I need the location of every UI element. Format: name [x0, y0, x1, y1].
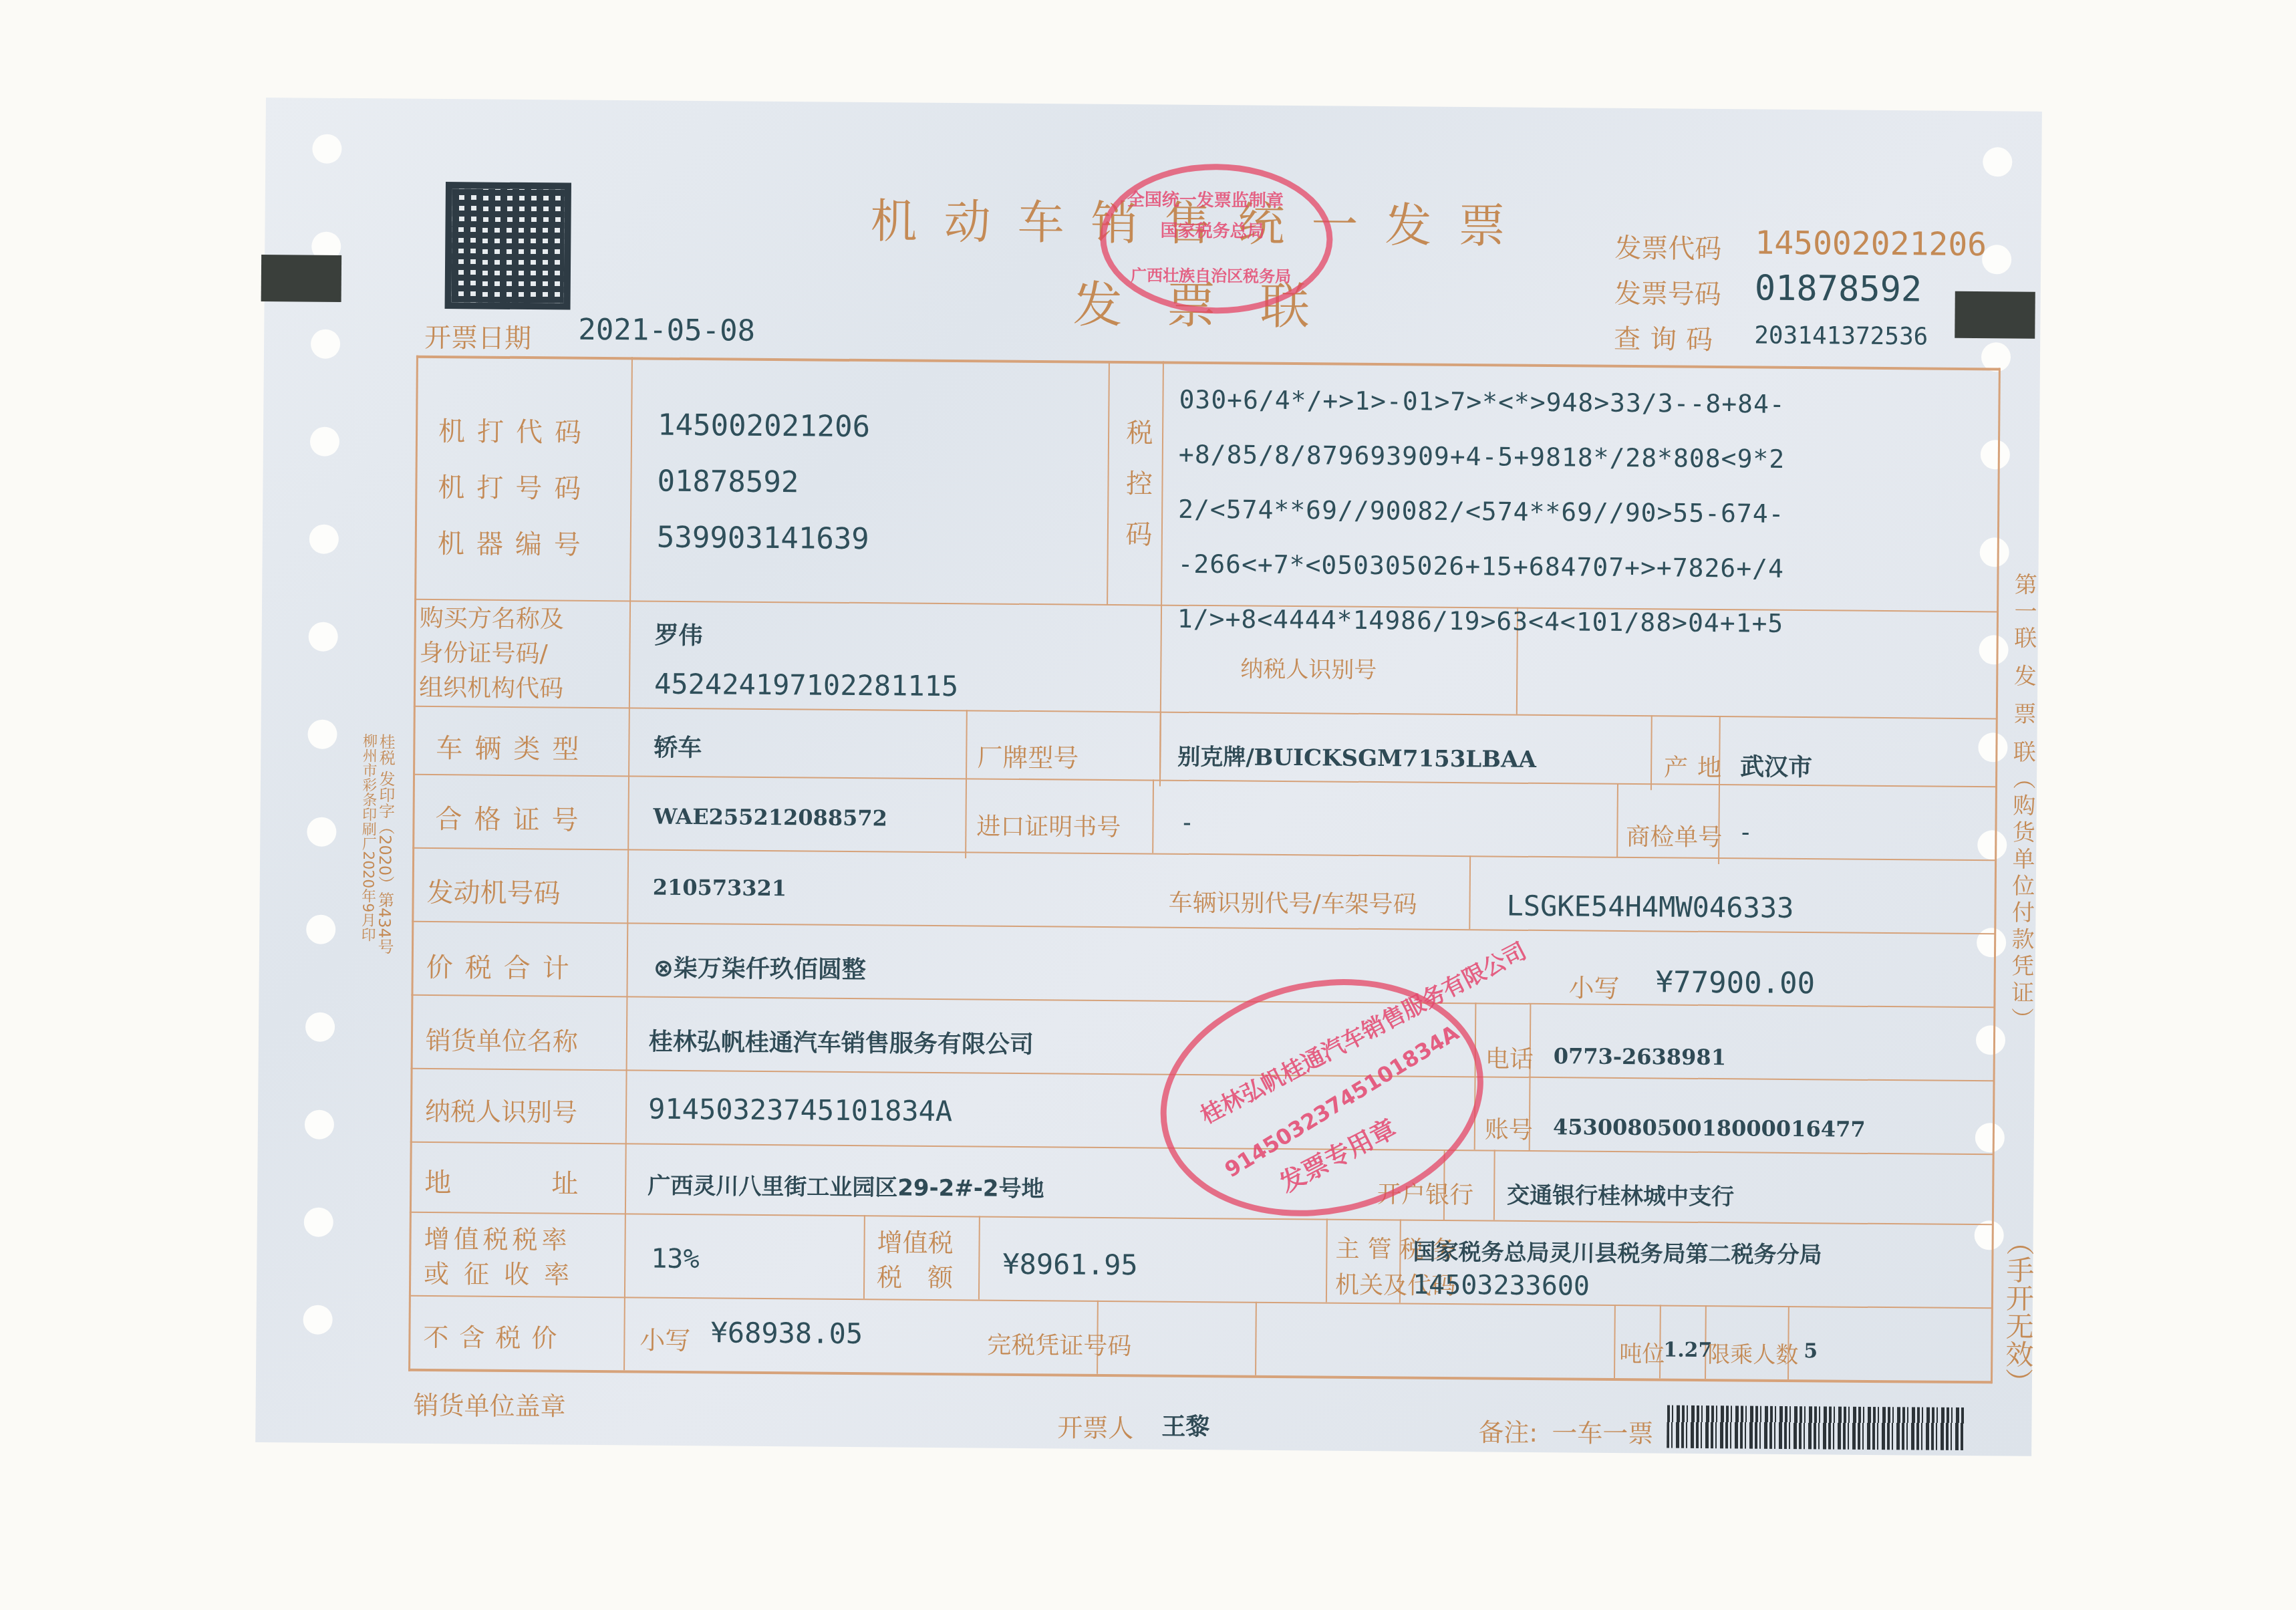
machine-number-value: 539903141639	[657, 521, 869, 556]
issue-date-value: 2021-05-08	[578, 313, 755, 348]
perforation-hole	[310, 427, 339, 456]
print-code-label: 机打代码	[438, 410, 593, 450]
issuer-value: 王黎	[1161, 1408, 1209, 1443]
alignment-mark	[1955, 291, 2035, 339]
engine-number-value: 210573321	[653, 875, 787, 902]
tax-control-code-label: 税控码	[1117, 418, 1157, 571]
issuer-label: 开票人	[1057, 1407, 1133, 1444]
total-in-words: ⊗柒万柒仟玖佰圆整	[654, 950, 867, 985]
price-excl-tax-value: ¥68938.05	[710, 1316, 863, 1350]
seller-phone-label: 电话	[1485, 1040, 1534, 1075]
price-excl-tax-label: 不含税价	[423, 1317, 567, 1355]
tax-control-code: 030+6/4*/+>1>-01>7>*<*>948>33/3--8+84- +…	[1177, 372, 1786, 651]
tax-amount-label-line: 增值税	[877, 1225, 978, 1260]
import-cert-value: -	[1179, 809, 1194, 837]
issue-date-label: 开票日期	[424, 317, 531, 356]
tax-amount-value: ¥8961.95	[1002, 1248, 1138, 1282]
tonnage-value: 1.27	[1663, 1338, 1712, 1362]
invoice-paper: 机动车销售统一发票 发票联 全国统一发票监制章 国家税务总局 广西壮族自治区税务…	[255, 98, 2042, 1456]
certificate-label: 合格证号	[435, 798, 590, 837]
supervision-stamp-middle: 国家税务总局	[1160, 217, 1264, 243]
seller-account-label: 账号	[1485, 1111, 1533, 1146]
vin-label: 车辆识别代号/车架号码	[1168, 884, 1417, 920]
tax-rate-label: 增值税税率 或征收率	[424, 1222, 585, 1293]
total-label: 价税合计	[426, 946, 581, 986]
query-code-value: 203141372536	[1754, 322, 1928, 351]
buyer-label-line: 组织机构代码	[419, 671, 563, 707]
handwritten-invalid-note: （手开无效）	[1997, 1227, 2039, 1395]
print-number-value: 01878592	[657, 464, 799, 500]
perforation-hole	[306, 915, 335, 944]
brand-model-label: 厂牌型号	[977, 736, 1079, 774]
total-small-value: ¥77900.00	[1655, 965, 1815, 1000]
perforation-hole	[1977, 928, 2006, 957]
barcode	[1667, 1405, 1965, 1451]
seller-taxpayer-value: 91450323745101834A	[648, 1093, 953, 1128]
tax-authority-name: 国家税务总局灵川县税务局第二税务分局	[1413, 1234, 1822, 1270]
col-line	[1326, 1219, 1328, 1303]
col-line	[1159, 712, 1161, 787]
vehicle-type-value: 轿车	[654, 729, 702, 764]
certificate-value: WAE255212088572	[653, 804, 887, 831]
col-line	[1469, 855, 1471, 929]
tax-control-line: 2/<574**69//90082/<574**69//90>55-674-	[1178, 482, 1785, 541]
table-border	[408, 356, 418, 1371]
perforation-hole	[308, 622, 337, 652]
print-code-value: 145002021206	[658, 408, 870, 444]
perforation-hole	[309, 525, 339, 554]
row-line	[414, 706, 1997, 720]
seller-account-value: 453008050018000016477	[1553, 1114, 1866, 1142]
perforation-hole	[1977, 830, 2007, 859]
seller-name-label: 销货单位名称	[426, 1020, 578, 1058]
col-line	[1493, 1150, 1495, 1220]
tax-amount-label: 增值税 税额	[877, 1225, 979, 1295]
perforation-hole	[1976, 1025, 2005, 1055]
seller-address-label: 地址	[424, 1162, 585, 1201]
perforation-hole	[305, 1013, 335, 1042]
remark-value: 一车一票	[1552, 1412, 1653, 1450]
seller-address-value: 广西灵川八里街工业园区29-2#-2号地	[648, 1168, 1044, 1204]
buyer-label-line: 身份证号码/	[419, 636, 563, 672]
remark-label: 备注:	[1478, 1412, 1538, 1449]
duty-cert-label: 完税凭证号码	[987, 1327, 1131, 1362]
perforation-hole	[1980, 537, 2009, 567]
copy-designation: 第一联 发 票 联（购货单位付款凭证）	[2004, 572, 2040, 1034]
invoice-code-value: 145002021206	[1755, 225, 1987, 264]
tax-authority-code: 14503233600	[1413, 1270, 1590, 1302]
query-code-label: 查询码	[1614, 318, 1722, 357]
tax-amount-label-line: 税额	[877, 1260, 978, 1295]
perforation-hole	[305, 1110, 334, 1139]
buyer-label-line: 购买方名称及	[420, 601, 564, 638]
supervision-stamp-top: 全国统一发票监制章	[1127, 186, 1284, 212]
col-line	[1614, 1305, 1616, 1378]
tax-control-line: -266<+7*<050305026+15+684707+>+7826+/4	[1177, 537, 1784, 596]
perforation-hole	[1981, 440, 2010, 469]
col-line	[1651, 715, 1653, 790]
perforation-hole	[307, 817, 336, 847]
origin-value: 武汉市	[1740, 748, 1812, 783]
perforation-hole	[1983, 147, 2012, 176]
buyer-name: 罗伟	[655, 617, 703, 652]
qr-code	[445, 182, 571, 309]
vin-value: LSGKE54H4MW046333	[1506, 890, 1793, 924]
row-line	[409, 1295, 1993, 1309]
seller-seal-label: 销货单位盖章	[413, 1385, 565, 1423]
inspection-value: -	[1738, 819, 1753, 846]
perforation-hole	[312, 134, 341, 164]
alignment-mark	[261, 255, 342, 302]
col-line	[863, 1215, 865, 1299]
row-line	[412, 847, 1996, 861]
invoice-number-label: 发票号码	[1614, 273, 1721, 311]
table-border	[408, 1369, 1992, 1384]
perforation-hole	[311, 329, 340, 359]
machine-number-label: 机器编号	[438, 523, 593, 562]
seller-name-value: 桂林弘帆桂通汽车销售服务有限公司	[649, 1023, 1034, 1061]
invoice-code-label: 发票代码	[1614, 227, 1721, 266]
perforation-hole	[304, 1207, 333, 1236]
tax-control-line: 030+6/4*/+>1>-01>7>*<*>948>33/3--8+84-	[1179, 372, 1785, 432]
seat-limit-value: 5	[1804, 1339, 1818, 1363]
table-border	[416, 356, 2000, 371]
engine-number-label: 发动机号码	[426, 871, 560, 911]
buyer-taxpayer-id-label: 纳税人识别号	[1240, 650, 1377, 684]
buyer-label: 购买方名称及 身份证号码/ 组织机构代码	[419, 601, 564, 707]
price-excl-small-label: 小写	[639, 1319, 690, 1357]
col-line	[623, 357, 633, 1370]
supervision-stamp-bottom: 广西壮族自治区税务局	[1131, 262, 1291, 287]
seller-phone-value: 0773-2638981	[1554, 1043, 1726, 1070]
import-cert-label: 进口证明书号	[976, 807, 1121, 843]
bank-value: 交通银行桂林城中支行	[1507, 1177, 1734, 1212]
buyer-id-number: 452424197102281115	[654, 668, 959, 703]
print-number-label: 机打号码	[438, 466, 593, 506]
seller-taxpayer-label: 纳税人识别号	[425, 1091, 577, 1129]
tax-rate-label-line: 或征收率	[424, 1256, 584, 1293]
col-line	[1152, 779, 1154, 853]
inspection-label: 商检单号	[1626, 818, 1722, 853]
tonnage-label: 吨位	[1619, 1335, 1665, 1369]
tax-control-line: +8/85/8/879693909+4-5+9818*/28*808<9*2	[1179, 427, 1785, 487]
perforation-hole	[1978, 732, 2007, 762]
total-small-label: 小写	[1568, 967, 1619, 1004]
vehicle-type-label: 车辆类型	[436, 727, 591, 767]
tax-rate-value: 13%	[651, 1244, 700, 1275]
row-line	[410, 1212, 1993, 1226]
seat-limit-label: 限乘人数	[1707, 1336, 1798, 1369]
col-line	[1107, 361, 1110, 604]
seller-address-label-text: 地址	[424, 1168, 678, 1200]
perforation-hole	[303, 1305, 332, 1334]
col-line	[965, 710, 968, 858]
tax-control-line: 1/>+8<4444*14986/19>63<4<101/88>04+1+5	[1177, 591, 1784, 651]
perforation-hole	[307, 720, 337, 749]
perforation-hole	[1975, 1123, 2005, 1152]
printer-info: 柳州市彩条印刷厂2020年9月印	[357, 733, 379, 942]
brand-model-value: 别克牌/BUICKSGM7153LBAA	[1177, 739, 1536, 774]
perforation-hole	[1979, 635, 2008, 664]
tax-rate-label-line: 增值税税率	[424, 1222, 584, 1258]
invoice-number-value: 01878592	[1755, 269, 1922, 310]
col-line	[1616, 783, 1618, 857]
col-line	[1255, 1302, 1257, 1375]
origin-label: 产地	[1664, 749, 1731, 783]
